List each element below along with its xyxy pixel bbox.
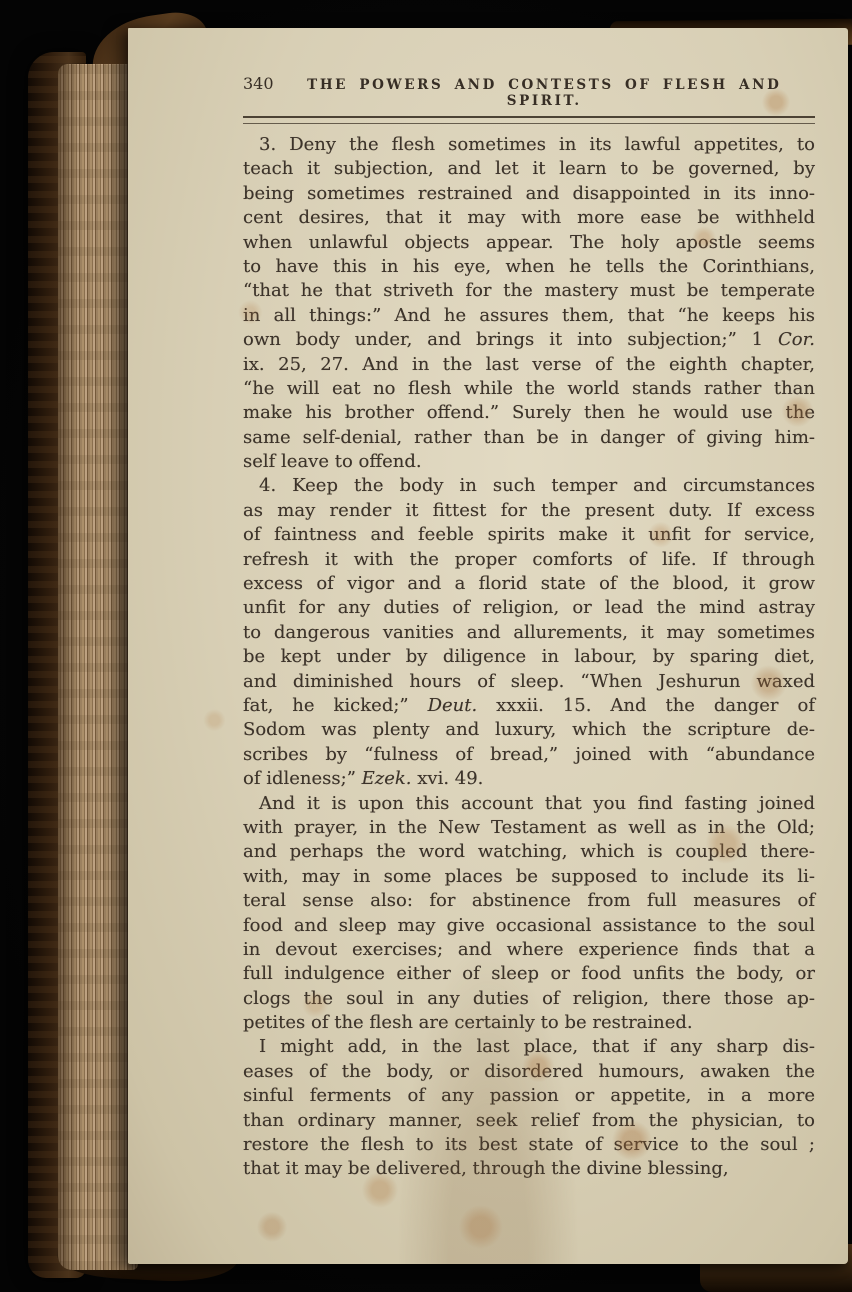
text-line: clogs the soul in any duties of religion…	[243, 987, 815, 1011]
text-line: Sodom was plenty and luxury, which the s…	[243, 718, 815, 742]
text-line: of faintness and feeble spirits make it …	[243, 523, 815, 547]
text-line: I might add, in the last place, that if …	[243, 1035, 815, 1059]
text-line: fat, he kicked;” Deut. xxxii. 15. And th…	[243, 694, 815, 718]
text-line: 3. Deny the flesh sometimes in its lawfu…	[243, 133, 815, 157]
page-edges-stack	[58, 64, 138, 1270]
text-line: ix. 25, 27. And in the last verse of the…	[243, 353, 815, 377]
text-line: that it may be delivered, through the di…	[243, 1157, 815, 1181]
running-header: 340 THE POWERS AND CONTESTS OF FLESH AND…	[243, 74, 815, 109]
text-line: of idleness;” Ezek. xvi. 49.	[243, 767, 815, 791]
running-title: THE POWERS AND CONTESTS OF FLESH AND SPI…	[274, 77, 815, 109]
text-line: “he will eat no flesh while the world st…	[243, 377, 815, 401]
text-line: teral sense also: for abstinence from fu…	[243, 889, 815, 913]
paragraph: And it is upon this account that you fin…	[243, 792, 815, 1036]
text-line: full indulgence either of sleep or food …	[243, 962, 815, 986]
text-line: in devout exercises; and where experienc…	[243, 938, 815, 962]
text-line: be kept under by diligence in labour, by…	[243, 645, 815, 669]
paragraph: 3. Deny the flesh sometimes in its lawfu…	[243, 133, 815, 474]
page-number: 340	[243, 74, 274, 93]
text-line: excess of vigor and a florid state of th…	[243, 572, 815, 596]
text-line: and perhaps the word watching, which is …	[243, 840, 815, 864]
text-line: eases of the body, or disordered humours…	[243, 1060, 815, 1084]
text-line: self leave to offend.	[243, 450, 815, 474]
text-line: same self-denial, rather than be in dang…	[243, 426, 815, 450]
text-line: restore the flesh to its best state of s…	[243, 1133, 815, 1157]
text-line: in all things:” And he assures them, tha…	[243, 304, 815, 328]
text-line: when unlawful objects appear. The holy a…	[243, 231, 815, 255]
book-page: 340 THE POWERS AND CONTESTS OF FLESH AND…	[128, 28, 848, 1264]
text-line: to have this in his eye, when he tells t…	[243, 255, 815, 279]
text-line: refresh it with the proper comforts of l…	[243, 548, 815, 572]
text-line: and diminished hours of sleep. “When Jes…	[243, 670, 815, 694]
text-line: being sometimes restrained and disappoin…	[243, 182, 815, 206]
text-line: scribes by “fulness of bread,” joined wi…	[243, 743, 815, 767]
scanned-book-photo: { "colors": { "background": "#050505", "…	[0, 0, 852, 1292]
text-line: with prayer, in the New Testament as wel…	[243, 816, 815, 840]
header-rule	[243, 116, 815, 124]
text-line: cent desires, that it may with more ease…	[243, 206, 815, 230]
text-line: than ordinary manner, seek relief from t…	[243, 1109, 815, 1133]
text-line: to dangerous vanities and allurements, i…	[243, 621, 815, 645]
text-line: 4. Keep the body in such temper and circ…	[243, 474, 815, 498]
text-line: sinful ferments of any passion or appeti…	[243, 1084, 815, 1108]
text-line: teach it subjection, and let it learn to…	[243, 157, 815, 181]
paragraph: I might add, in the last place, that if …	[243, 1035, 815, 1181]
text-line: as may render it fittest for the present…	[243, 499, 815, 523]
text-block: 3. Deny the flesh sometimes in its lawfu…	[243, 133, 815, 1182]
paragraph: 4. Keep the body in such temper and circ…	[243, 474, 815, 791]
text-line: own body under, and brings it into subje…	[243, 328, 815, 352]
text-line: food and sleep may give occasional assis…	[243, 914, 815, 938]
text-line: And it is upon this account that you fin…	[243, 792, 815, 816]
text-line: petites of the flesh are certainly to be…	[243, 1011, 815, 1035]
text-line: “that he that striveth for the mastery m…	[243, 279, 815, 303]
page-content: 340 THE POWERS AND CONTESTS OF FLESH AND…	[243, 74, 815, 1182]
text-line: unfit for any duties of religion, or lea…	[243, 596, 815, 620]
text-line: make his brother offend.” Surely then he…	[243, 401, 815, 425]
text-line: with, may in some places be supposed to …	[243, 865, 815, 889]
